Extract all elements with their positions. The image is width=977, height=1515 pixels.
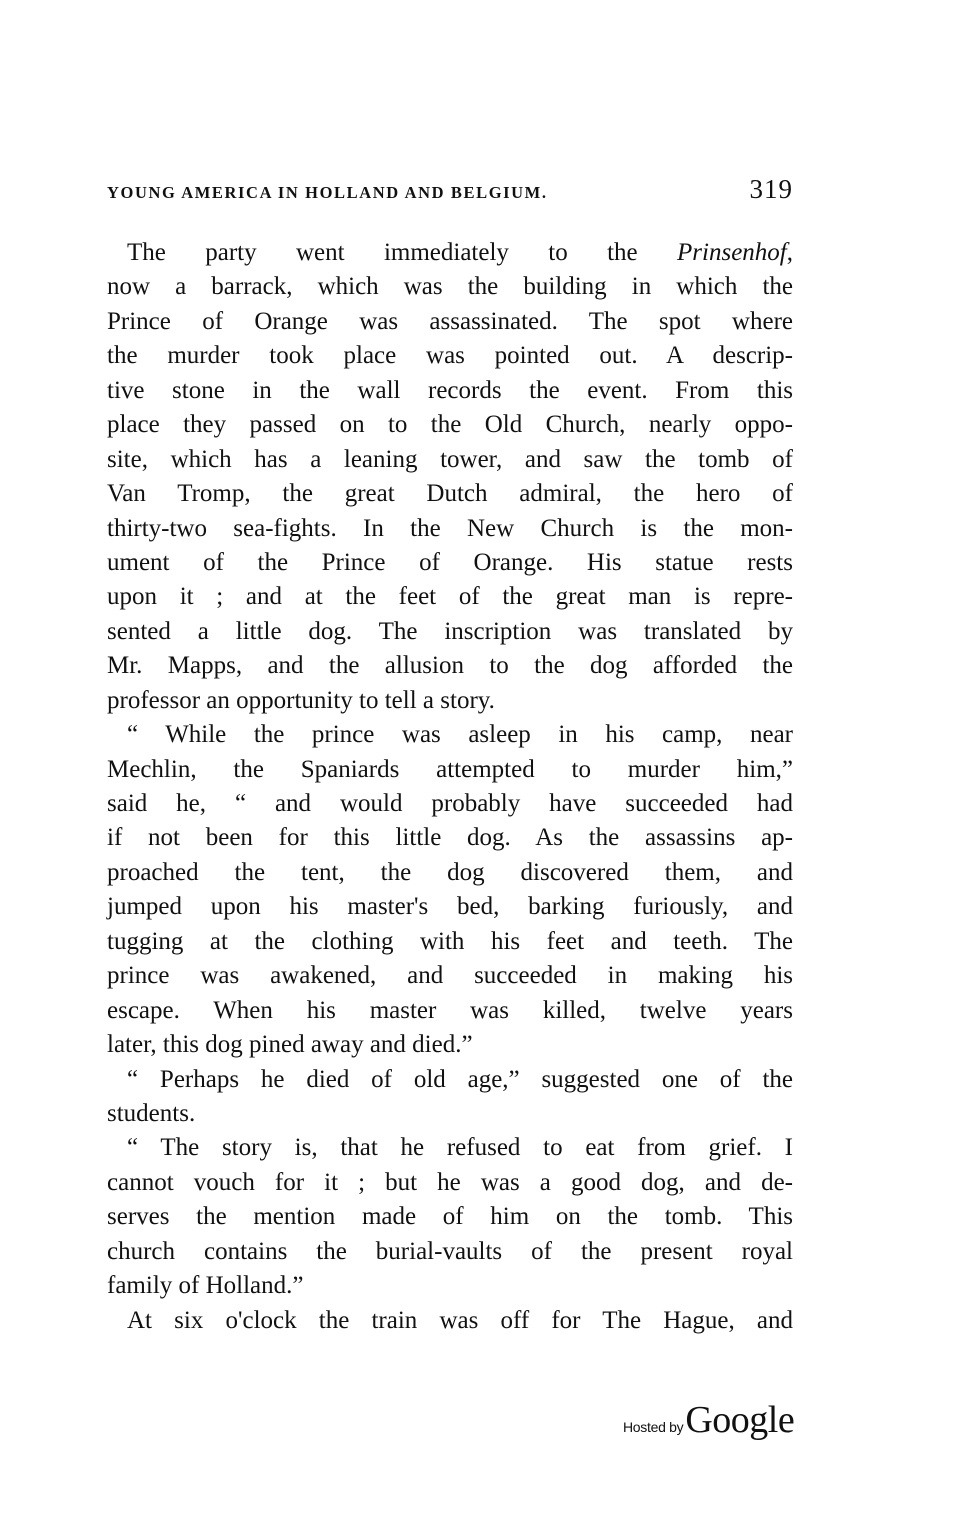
text-line: Mr. Mapps, and the allusion to the dog a… (107, 649, 793, 683)
text-line: place they passed on to the Old Church, … (107, 408, 793, 442)
paragraph-first-line: “ The story is, that he refused to eat f… (107, 1131, 793, 1165)
italic-term: Prinsenhof (677, 239, 787, 266)
text-line: ument of the Prince of Orange. His statu… (107, 546, 793, 580)
text-line: the murder took place was pointed out. A… (107, 339, 793, 373)
text-line: proached the tent, the dog discovered th… (107, 856, 793, 890)
page-number: 319 (750, 174, 794, 205)
paragraph-last-line: later, this dog pined away and died.” (107, 1028, 793, 1062)
text-line: Van Tromp, the great Dutch admiral, the … (107, 477, 793, 511)
text-line: escape. When his master was killed, twel… (107, 994, 793, 1028)
text-line: tive stone in the wall records the event… (107, 374, 793, 408)
text-line: serves the mention made of him on the to… (107, 1200, 793, 1234)
text-line: cannot vouch for it ; but he was a good … (107, 1166, 793, 1200)
text-line: thirty-two sea-fights. In the New Church… (107, 512, 793, 546)
running-head: YOUNG AMERICA IN HOLLAND AND BELGIUM. 31… (107, 174, 793, 206)
paragraph-first-line: “ Perhaps he died of old age,” suggested… (107, 1063, 793, 1097)
text-line: prince was awakened, and succeeded in ma… (107, 959, 793, 993)
google-logo-text: Google (685, 1398, 794, 1442)
paragraph-last-line: students. (107, 1097, 793, 1131)
paragraph-first-line: “ While the prince was asleep in his cam… (107, 718, 793, 752)
body-text: The party went immediately to the Prinse… (107, 236, 793, 1338)
paragraph-last-line: family of Holland.” (107, 1269, 793, 1303)
text-line: tugging at the clothing with his feet an… (107, 925, 793, 959)
hosted-by-google-credit: Hosted by Google (623, 1398, 794, 1442)
text-line: site, which has a leaning tower, and saw… (107, 443, 793, 477)
paragraph-last-line: professor an opportunity to tell a story… (107, 684, 793, 718)
hosted-by-label: Hosted by (623, 1419, 683, 1435)
text-line: jumped upon his master's bed, barking fu… (107, 890, 793, 924)
text-line: upon it ; and at the feet of the great m… (107, 580, 793, 614)
text-line: sented a little dog. The inscription was… (107, 615, 793, 649)
paragraph-first-line: At six o'clock the train was off for The… (107, 1304, 793, 1338)
text-line: church contains the burial-vaults of the… (107, 1235, 793, 1269)
text-line: The party went immediately to the Prinse… (107, 236, 793, 270)
text-line: Mechlin, the Spaniards attempted to murd… (107, 753, 793, 787)
running-title: YOUNG AMERICA IN HOLLAND AND BELGIUM. (107, 183, 548, 203)
text-line: now a barrack, which was the building in… (107, 270, 793, 304)
text-run: , (787, 239, 793, 266)
text-line: if not been for this little dog. As the … (107, 821, 793, 855)
text-line: said he, “ and would probably have succe… (107, 787, 793, 821)
text-line: Prince of Orange was assassinated. The s… (107, 305, 793, 339)
text-run: The party went immediately to the (127, 239, 677, 266)
